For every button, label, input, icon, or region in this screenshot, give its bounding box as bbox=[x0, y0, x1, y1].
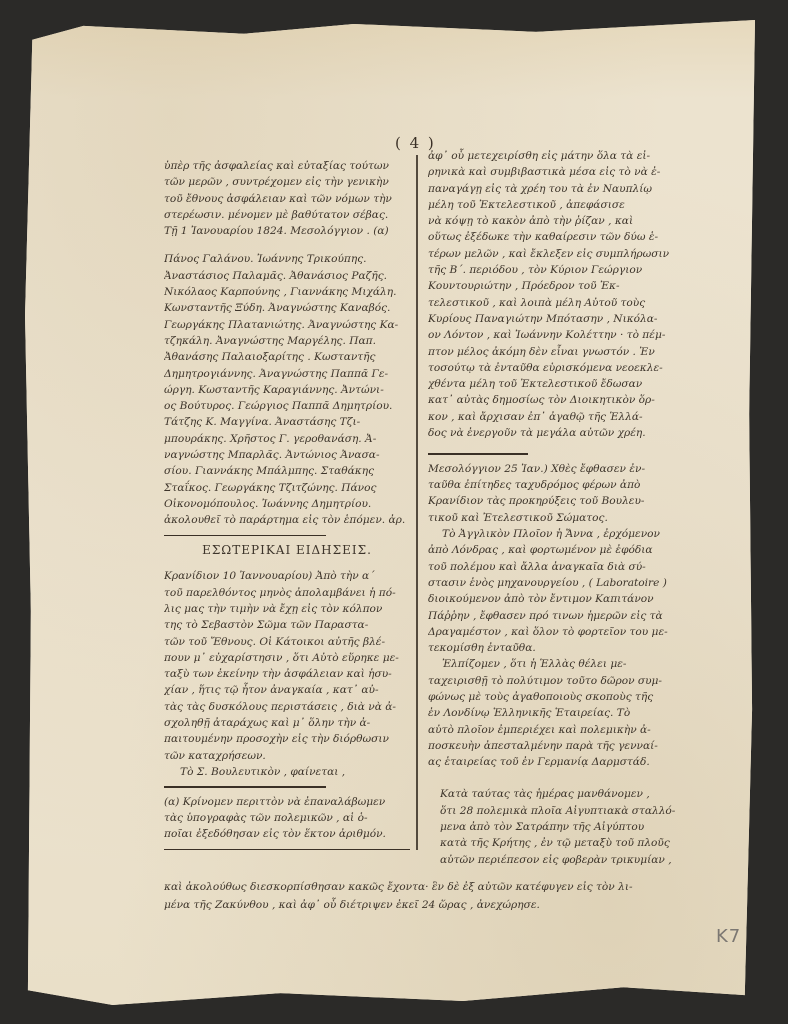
section-divider bbox=[428, 453, 528, 455]
text-line: ποσκευὴν ἀπεσταλμένην παρὰ τῆς γενναί- bbox=[428, 738, 678, 754]
left-column: ὑπὲρ τῆς ἀσφαλείας καὶ εὐταξίας τούτων τ… bbox=[164, 158, 410, 856]
text-line: τοῦ παρελθόντος μηνὸς ἀπολαμβάνει ἡ πό- bbox=[164, 585, 410, 601]
text-line: ταξὺ των ἐκείνην τὴν ἀσφάλειαν καὶ ἡσυ- bbox=[164, 666, 410, 682]
text-line: ταῦθα ἐπίτηδες ταχυδρόμος φέρων ἀπὸ bbox=[428, 477, 678, 493]
text-line: Ἐλπίζομεν , ὅτι ἡ Ἑλλὰς θέλει με- bbox=[428, 656, 678, 672]
text-line: Κυρίους Παναγιώτην Μπότασην , Νικόλα- bbox=[428, 311, 678, 327]
text-line: στασιν ἑνὸς μηχανουργείου , ( Laboratoir… bbox=[428, 575, 678, 591]
text-line: ταχειρισθῇ τὸ πολύτιμον τοῦτο δῶρον συμ- bbox=[428, 673, 678, 689]
text-line: παναγάγῃ εἰς τὰ χρέη του τὰ ἐν Ναυπλίῳ bbox=[428, 181, 678, 197]
text-line: μέλη τοῦ Ἐκτελεστικοῦ , ἀπεφάσισε bbox=[428, 197, 678, 213]
text-line: νὰ κόψῃ τὸ κακὸν ἀπὸ τὴν ῥίζαν , καὶ bbox=[428, 213, 678, 229]
text-line: Δημητρογιάννης. Ἀναγνώστης Παππᾶ Γε- bbox=[164, 366, 410, 382]
text-line: τοῦ πολέμου καὶ ἄλλα ἀναγκαῖα διὰ σύ- bbox=[428, 559, 678, 575]
text-line: τῶν καταχρήσεων. bbox=[164, 748, 410, 764]
text-line: Κρανίδιον τὰς προκηρύξεις τοῦ Βουλευ- bbox=[428, 493, 678, 509]
text-line: τὰς ὑπογραφὰς τῶν πολεμικῶν , αἱ ὁ- bbox=[164, 810, 410, 826]
text-line: πουν μ᾽ εὐχαρίστησιν , ὅτι Αὐτὸ εὕρηκε μ… bbox=[164, 650, 410, 666]
text-line: δος νὰ ἐνεργοῦν τὰ μεγάλα αὐτῶν χρέη. bbox=[428, 425, 678, 441]
text-line: ἀφ᾽ οὗ μετεχειρίσθη εἰς μάτην ὅλα τὰ εἰ- bbox=[428, 148, 678, 164]
continuation-paragraph: ἀφ᾽ οὗ μετεχειρίσθη εἰς μάτην ὅλα τὰ εἰ-… bbox=[428, 148, 678, 441]
text-line: Σταΐκος. Γεωργάκης Τζιτζώνης. Πάνος bbox=[164, 480, 410, 496]
egypt-article: Κατὰ ταύτας τὰς ἡμέρας μανθάνομεν , ὅτι … bbox=[428, 786, 678, 867]
text-line: πτον μέλος ἀκόμη δὲν εἶναι γνωστόν . Ἐν bbox=[428, 344, 678, 360]
text-line: ἐν Λονδίνῳ Ἑλληνικῆς Ἑταιρείας. Τὸ bbox=[428, 705, 678, 721]
text-line: Κρανίδιον 10 Ἰαννουαρίου) Ἀπὸ τὴν α΄ bbox=[164, 568, 410, 584]
text-line: μένα τῆς Ζακύνθου , καὶ ἀφ᾽ οὗ διέτριψεν… bbox=[164, 896, 684, 914]
text-line: τῆς Β΄. περιόδου , τὸν Κύριον Γεώργιον bbox=[428, 262, 678, 278]
text-line: οὕτως ἐξέδωκε τὴν καθαίρεσιν τῶν δύω ἑ- bbox=[428, 229, 678, 245]
footnote: (α) Κρίνομεν περιττὸν νὰ ἐπαναλάβωμεν τὰ… bbox=[164, 794, 410, 843]
text-line: ὅτι 28 πολεμικὰ πλοῖα Αἰγυπτιακὰ σταλλό- bbox=[440, 803, 678, 819]
text-line: Μεσολόγγιον 25 Ἰαν.) Χθὲς ἔφθασεν ἐν- bbox=[428, 461, 678, 477]
text-line: ποῖαι ἐξεδόθησαν εἰς τὸν ἕκτον ἀριθμόν. bbox=[164, 826, 410, 842]
text-line: Κατὰ ταύτας τὰς ἡμέρας μανθάνομεν , bbox=[440, 786, 678, 802]
intro-paragraph: ὑπὲρ τῆς ἀσφαλείας καὶ εὐταξίας τούτων τ… bbox=[164, 158, 410, 239]
text-line: καὶ ἀκολούθως διεσκορπίσθησαν κακῶς ἔχον… bbox=[164, 878, 684, 896]
column-divider bbox=[416, 155, 418, 850]
text-line: ναγνώστης Μπαρλᾶς. Ἀντώνιος Ἀνασα- bbox=[164, 447, 410, 463]
text-line: χίαν , ἥτις τῷ ἦτον ἀναγκαία , κατ᾽ αὐ- bbox=[164, 682, 410, 698]
signatures-paragraph: Πάνος Γαλάνου. Ἰωάννης Τρικούπης. Ἀναστά… bbox=[164, 251, 410, 528]
text-line: Πάῤῥην , ἔφθασεν πρό τινων ἡμερῶν εἰς τὰ bbox=[428, 608, 678, 624]
text-line: Ἀθανάσης Παλαιοξαρίτης . Κωσταντῆς bbox=[164, 349, 410, 365]
footnote-end-rule bbox=[164, 849, 410, 851]
text-line: ὑπὲρ τῆς ἀσφαλείας καὶ εὐταξίας τούτων bbox=[164, 158, 410, 174]
right-column: ἀφ᾽ οὗ μετεχειρίσθη εἰς μάτην ὅλα τὰ εἰ-… bbox=[428, 148, 678, 868]
text-line: Κουντουριώτην , Πρόεδρον τοῦ Ἐκ- bbox=[428, 278, 678, 294]
text-line: μενα ἀπὸ τὸν Σατράπην τῆς Αἰγύπτου bbox=[440, 819, 678, 835]
text-line: Δραγαμέστον , καὶ ὅλον τὸ φορτεῖον του μ… bbox=[428, 624, 678, 640]
text-line: Γεωργάκης Πλατανιώτης. Ἀναγνώστης Κα- bbox=[164, 317, 410, 333]
text-line: σίου. Γιαννάκης Μπάλμπης. Σταθάκης bbox=[164, 463, 410, 479]
text-line: Τὸ Σ. Βουλευτικὸν , φαίνεται , bbox=[164, 764, 410, 780]
text-line: κατ᾽ αὐτὰς δημοσίως τὸν Διοικητικὸν ὅρ- bbox=[428, 392, 678, 408]
text-line: ώργη. Κωσταντῆς Καραγιάννης. Ἀντώνι- bbox=[164, 382, 410, 398]
text-line: διοικούμενον ἀπὸ τὸν ἔντιμον Καπιτάνον bbox=[428, 591, 678, 607]
text-line: τικοῦ καὶ Ἐτελεστικοῦ Σώματος. bbox=[428, 510, 678, 526]
date-line: Τῇ 1 Ἰανουαρίου 1824. Μεσολόγγιον . (α) bbox=[164, 223, 410, 239]
text-line: σχοληθῇ ἀταράχως καὶ μ᾽ ὅλην τὴν ἀ- bbox=[164, 715, 410, 731]
text-line: λις μας τὴν τιμὴν νὰ ἔχῃ εἰς τὸν κόλπον bbox=[164, 601, 410, 617]
text-line: μπουράκης. Χρῆστος Γ. γεροθανάση. Ἀ- bbox=[164, 431, 410, 447]
text-line: ος Βούτυρος. Γεώργιος Παππᾶ Δημητρίου. bbox=[164, 398, 410, 414]
text-line: ας ἑταιρείας τοῦ ἐν Γερμανίᾳ Δαρμστάδ. bbox=[428, 754, 678, 770]
section-heading: ΕΣΩΤΕΡΙΚΑΙ ΕΙΔΗΣΕΙΣ. bbox=[164, 542, 410, 558]
text-line: Τὸ Ἀγγλικὸν Πλοῖον ἡ Ἄννα , ἐρχόμενον bbox=[428, 526, 678, 542]
text-line: παιτουμένην προσοχὴν εἰς τὴν διόρθωσιν bbox=[164, 731, 410, 747]
mesolongi-article: Μεσολόγγιον 25 Ἰαν.) Χθὲς ἔφθασεν ἐν- τα… bbox=[428, 461, 678, 771]
full-width-continuation: καὶ ἀκολούθως διεσκορπίσθησαν κακῶς ἔχον… bbox=[164, 878, 684, 914]
text-line: τὰς τὰς δυσκόλους περιστάσεις , διὰ νὰ ἀ… bbox=[164, 699, 410, 715]
text-line: Πάνος Γαλάνου. Ἰωάννης Τρικούπης. bbox=[164, 251, 410, 267]
text-line: Κωνσταντῆς Ξύδη. Ἀναγνώστης Καναβός. bbox=[164, 300, 410, 316]
text-line: τῶν μερῶν , συντρέχομεν εἰς τὴν γενικὴν bbox=[164, 174, 410, 190]
text-line: της τὸ Σεβαστὸν Σῶμα τῶν Παραστα- bbox=[164, 617, 410, 633]
text-line: Ἀναστάσιος Παλαμᾶς. Ἀθανάσιος Ραζῆς. bbox=[164, 268, 410, 284]
text-line: τεκομίσθη ἐνταῦθα. bbox=[428, 640, 678, 656]
text-line: κατὰ τῆς Κρήτης , ἐν τῷ μεταξὺ τοῦ πλοῦς bbox=[440, 835, 678, 851]
text-line: (α) Κρίνομεν περιττὸν νὰ ἐπαναλάβωμεν bbox=[164, 794, 410, 810]
text-line: ον Λόντον , καὶ Ἰωάννην Κολέττην · τὸ πέ… bbox=[428, 327, 678, 343]
kranidi-article: Κρανίδιον 10 Ἰαννουαρίου) Ἀπὸ τὴν α΄ τοῦ… bbox=[164, 568, 410, 780]
text-line: τέρων μελῶν , καὶ ἔκλεξεν εἰς συμπλήρωσι… bbox=[428, 246, 678, 262]
text-line: κον , καὶ ἄρχισαν ἐπ᾽ ἀγαθῷ τῆς Ἑλλά- bbox=[428, 409, 678, 425]
archive-pencil-mark: K7 bbox=[716, 926, 741, 947]
text-line: τελεστικοῦ , καὶ λοιπὰ μέλη Αὐτοῦ τοὺς bbox=[428, 295, 678, 311]
text-line: τοῦ ἔθνους ἀσφάλειαν καὶ τῶν νόμων τὴν bbox=[164, 191, 410, 207]
text-line: στερέωσιν. μένομεν μὲ βαθύτατον σέβας. bbox=[164, 207, 410, 223]
text-line: Οἰκονομόπουλος. Ἰωάννης Δημητρίου. bbox=[164, 496, 410, 512]
text-line: χθέντα μέλη τοῦ Ἐκτελεστικοῦ ἔδωσαν bbox=[428, 376, 678, 392]
text-line: φώνως μὲ τοὺς ἀγαθοποιοὺς σκοποὺς τῆς bbox=[428, 689, 678, 705]
text-line: Τάτζης Κ. Μαγγίνα. Ἀναστάσης Τζι- bbox=[164, 414, 410, 430]
text-line: τοσούτῳ τὰ ἐνταῦθα εὑρισκόμενα νεοεκλε- bbox=[428, 360, 678, 376]
section-divider bbox=[164, 535, 326, 537]
text-line: τζηκάλη. Ἀναγνώστης Μαργέλης. Παπ. bbox=[164, 333, 410, 349]
text-line: ρηνικὰ καὶ συμβιβαστικὰ μέσα εἰς τὸ νὰ ἐ… bbox=[428, 164, 678, 180]
text-line: αὐτῶν περιέπεσον εἰς φοβερὰν τρικυμίαν , bbox=[440, 852, 678, 868]
footnote-divider bbox=[164, 786, 326, 788]
text-line: αὐτὸ πλοῖον ἐμπεριέχει καὶ πολεμικὴν ἀ- bbox=[428, 722, 678, 738]
text-line: ἀπὸ Λόνδρας , καὶ φορτωμένον μὲ ἐφόδια bbox=[428, 542, 678, 558]
text-line: ἀκολουθεῖ τὸ παράρτημα εἰς τὸν ἑπόμεν. ἀ… bbox=[164, 512, 410, 528]
text-line: Νικόλαος Καρπούνης , Γιαννάκης Μιχάλη. bbox=[164, 284, 410, 300]
text-line: τῶν τοῦ Ἔθνους. Οἱ Κάτοικοι αὐτῆς βλέ- bbox=[164, 634, 410, 650]
